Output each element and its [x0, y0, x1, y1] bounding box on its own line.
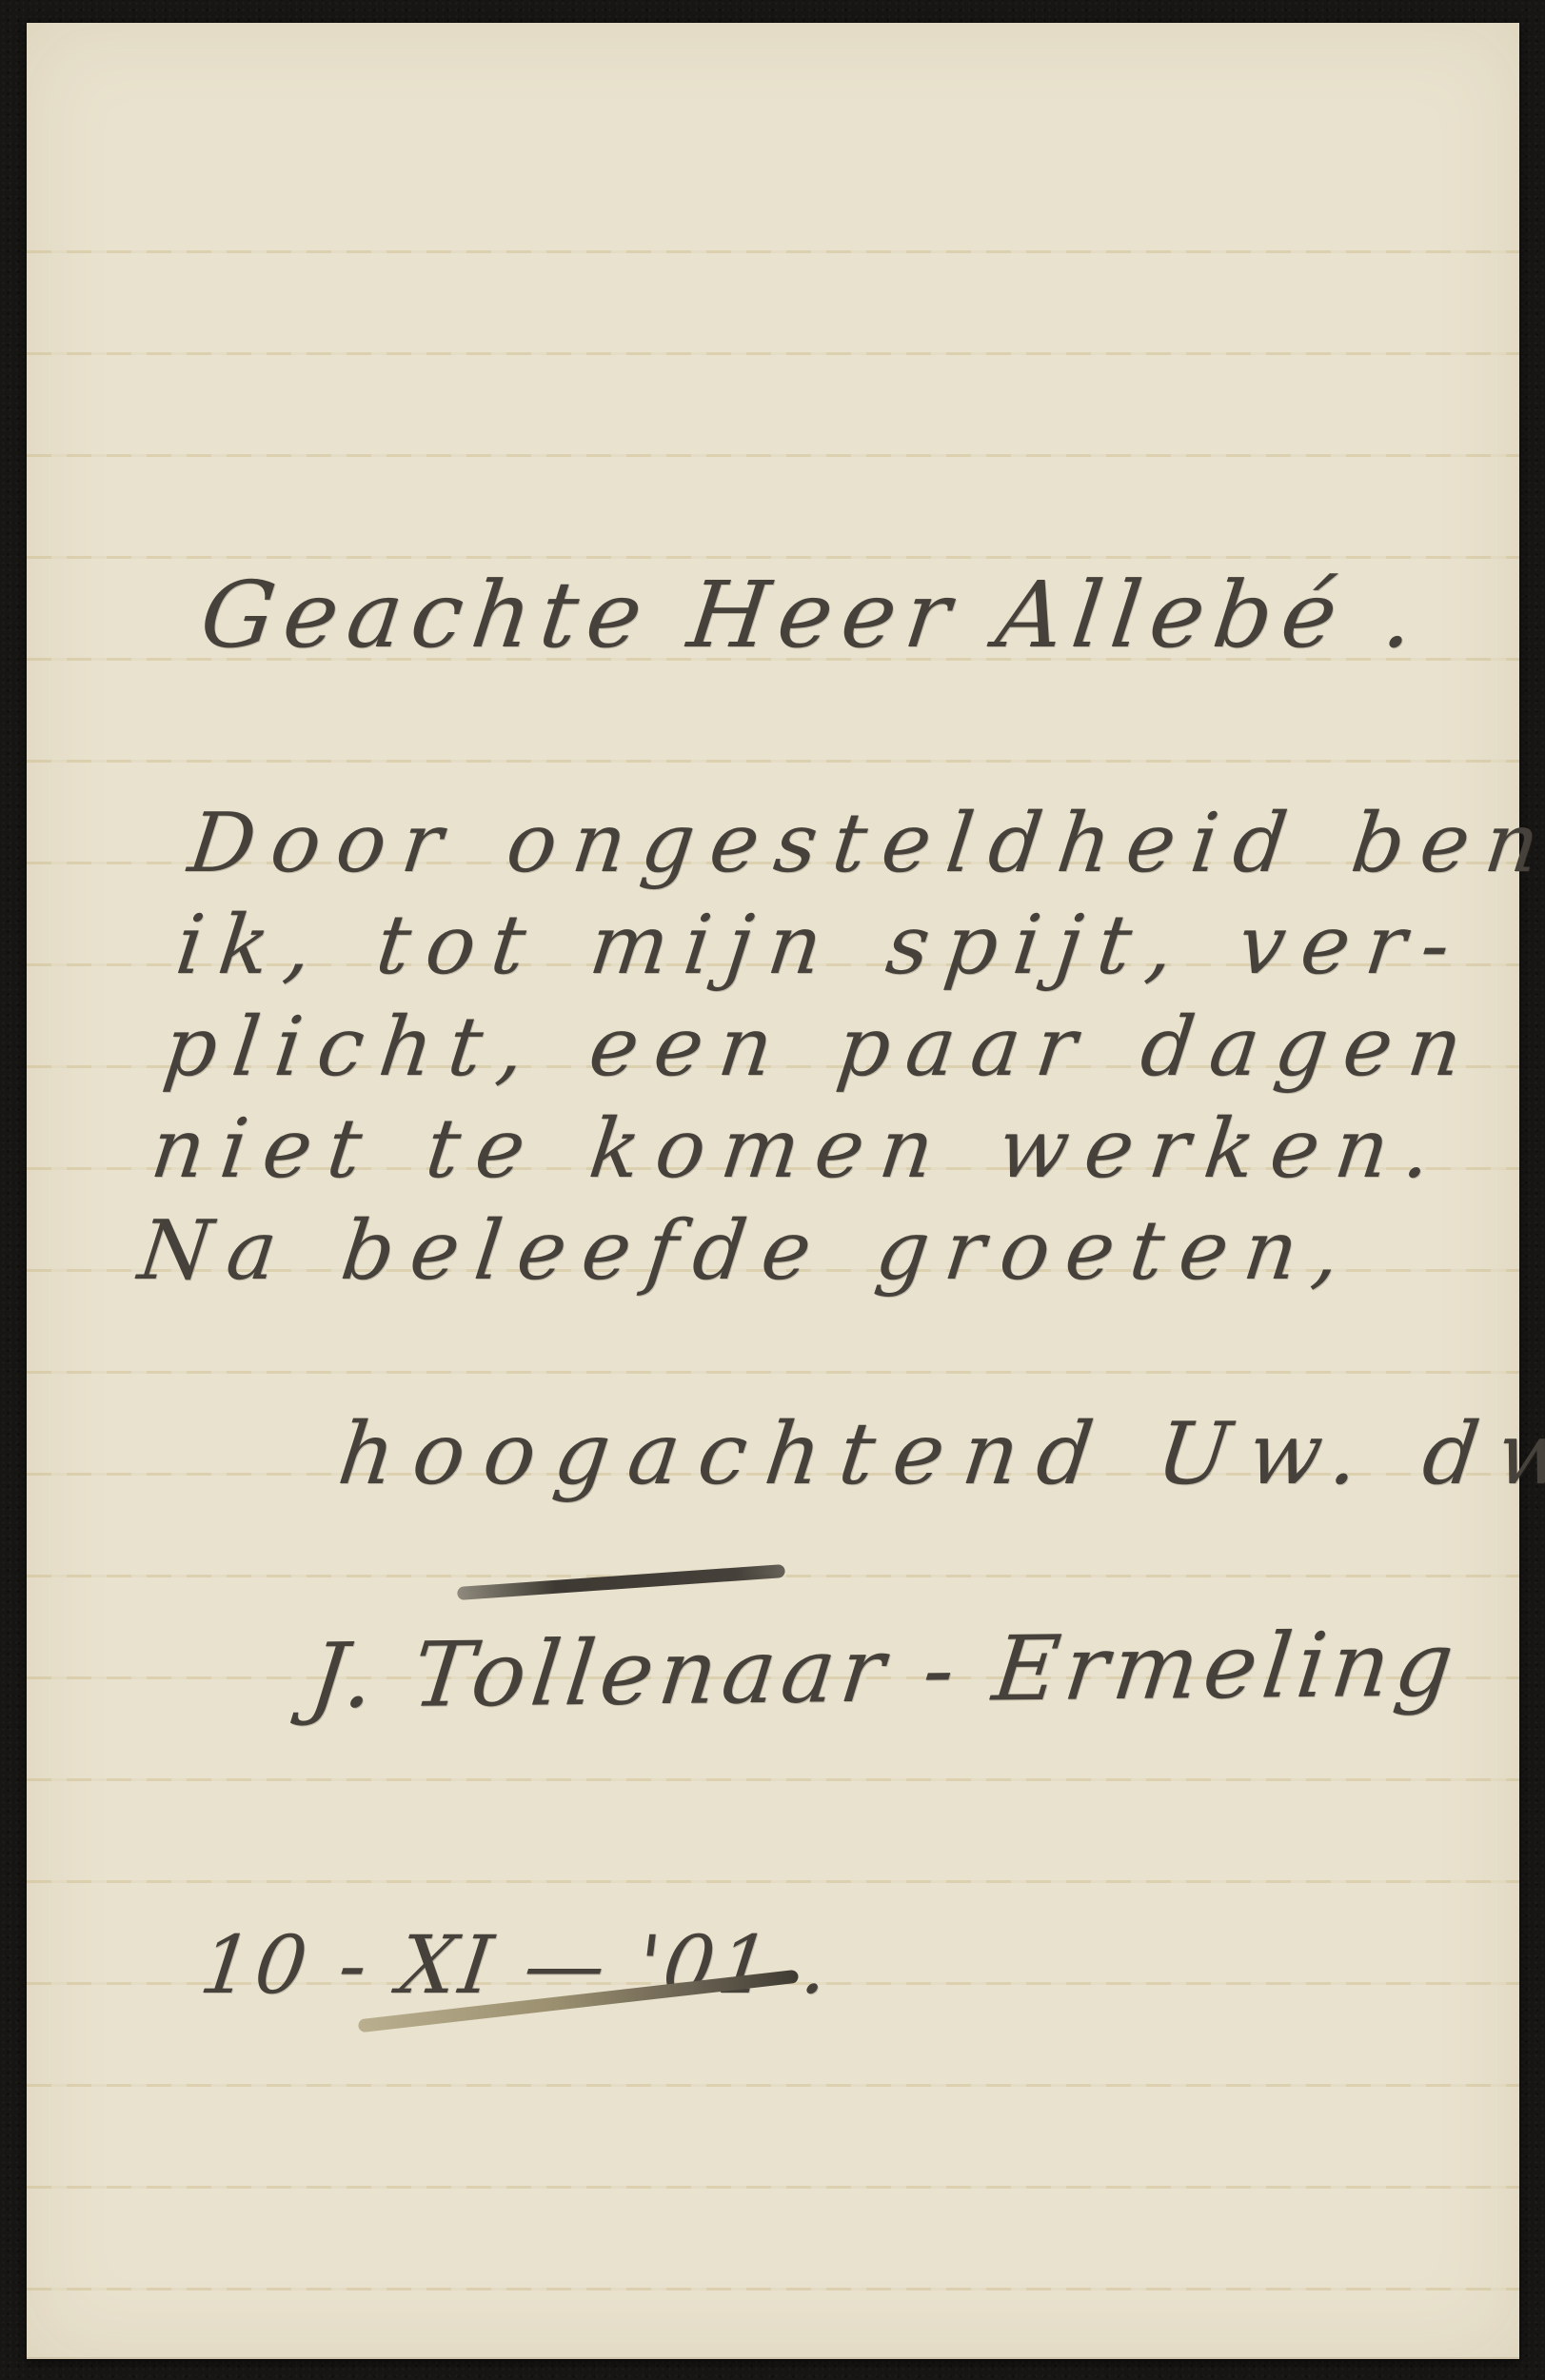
letter-paper: Geachte Heer Allebé . Door ongesteldheid…	[27, 23, 1519, 2359]
body-line-5: Na beleefde groeten,	[133, 1200, 1511, 1302]
letter-body: Door ongesteldheid ben ik, tot mijn spij…	[133, 793, 1545, 1302]
date-line: 10 - XI — '01 .	[195, 1918, 837, 2012]
body-line-2: ik, tot mijn spijt, ver-	[170, 895, 1545, 997]
body-line-1: Door ongesteldheid ben	[184, 793, 1545, 895]
body-line-3: plicht, een paar dagen	[158, 997, 1535, 1099]
closing-line: hoogachtend Uw. dw.	[333, 1404, 1545, 1504]
signature-line: J. Tollenaar - Ermeling	[305, 1613, 1464, 1729]
body-line-4: niet te komen werken.	[146, 1099, 1523, 1200]
salutation-line: Geachte Heer Allebé .	[195, 562, 1430, 668]
photo-background: Geachte Heer Allebé . Door ongesteldheid…	[0, 0, 1545, 2380]
